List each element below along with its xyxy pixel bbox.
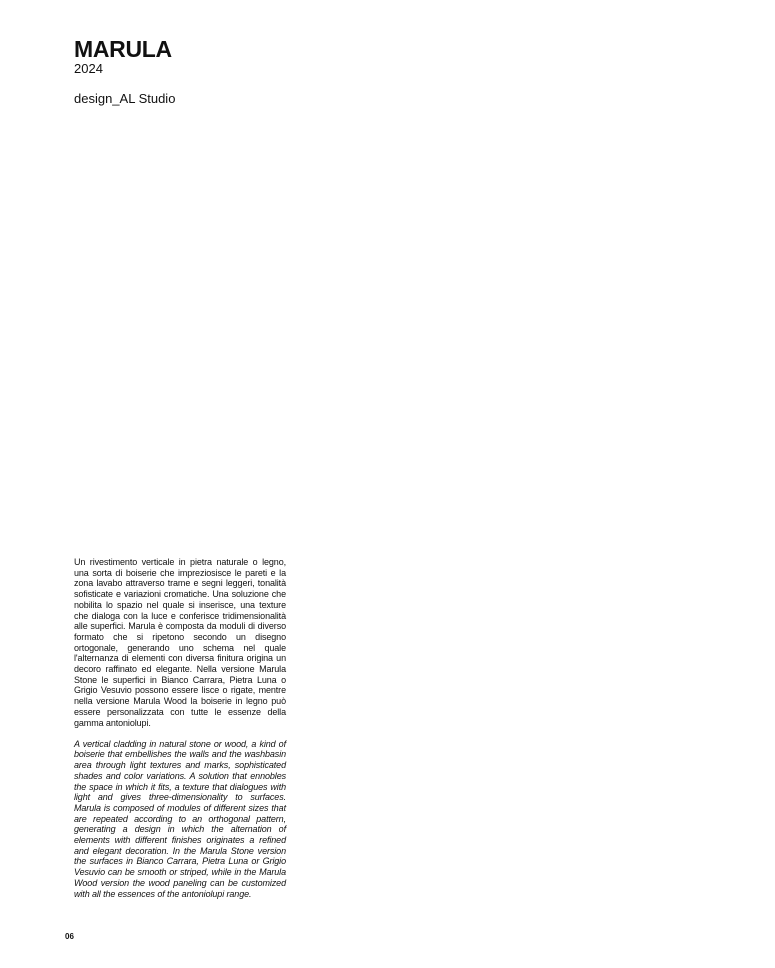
product-title: MARULA [74,36,172,62]
description-block: Un rivestimento verticale in pietra natu… [74,557,286,899]
description-italian: Un rivestimento verticale in pietra natu… [74,557,286,728]
designer-credit: design_AL Studio [74,91,175,106]
product-year: 2024 [74,61,103,76]
page-number: 06 [65,932,74,941]
description-english: A vertical cladding in natural stone or … [74,739,286,900]
